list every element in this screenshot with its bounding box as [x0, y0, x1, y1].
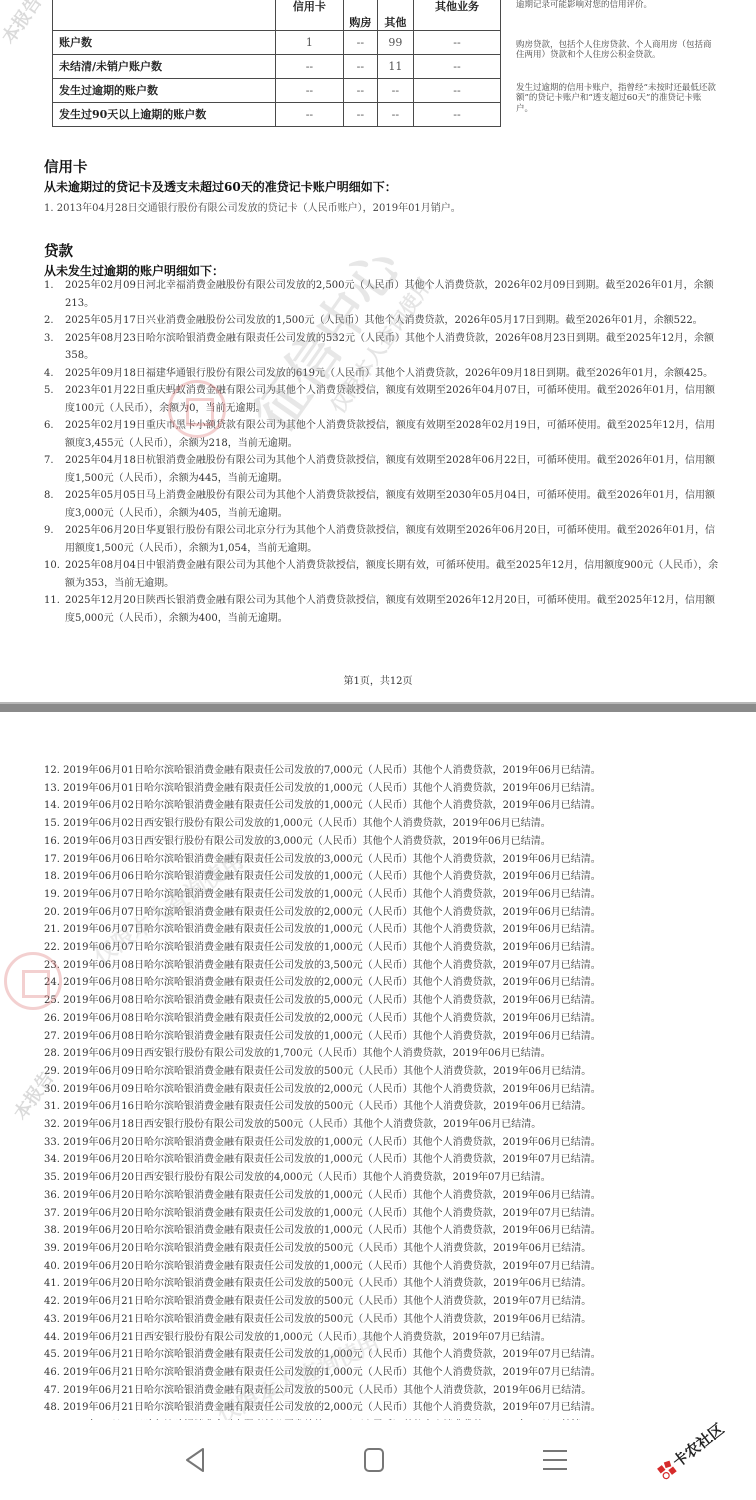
page-divider [0, 702, 756, 712]
item-number: 8. [44, 487, 65, 522]
closed-loan-list: 12. 2019年06月01日哈尔滨哈银消费金融有限责任公司发放的7,000元（… [44, 762, 724, 1420]
col-house: 购房 [343, 0, 377, 30]
item-number: 4. [44, 365, 65, 383]
list-item: 25. 2019年06月08日哈尔滨哈银消费金融有限责任公司发放的5,000元（… [44, 992, 724, 1010]
item-number: 10. [44, 557, 65, 592]
cell: -- [413, 102, 500, 126]
list-item: 10.2025年08月04日中银消费金融有限公司为其他个人消费贷款授信，额度长期… [44, 557, 724, 592]
item-text: 2025年05月17日兴业消费金融股份公司发放的1,500元（人民币）其他个人消… [65, 312, 724, 330]
list-item: 11.2025年12月20日陕西长银消费金融有限公司为其他个人消费贷款授信，额度… [44, 592, 724, 627]
list-item: 30. 2019年06月09日哈尔滨哈银消费金融有限责任公司发放的2,000元（… [44, 1081, 724, 1099]
item-number: 11. [44, 592, 65, 627]
loan-section-title: 贷款 [44, 240, 73, 261]
list-item: 4.2025年09月18日福建华通银行股份有限公司发放的619元（人民币）其他个… [44, 365, 724, 383]
item-number: 7. [44, 452, 65, 487]
row-label: 发生过逾期的账户数 [53, 78, 276, 102]
credit-card-section-subtitle: 从未逾期过的贷记卡及透支未超过60天的准贷记卡账户明细如下： [44, 178, 397, 195]
item-text: 2025年04月18日杭银消费金融股份有限公司为其他个人消费贷款授信，额度有效期… [65, 452, 724, 487]
item-text: 2025年06月20日华夏银行股份有限公司北京分行为其他个人消费贷款授信，额度有… [65, 522, 724, 557]
list-item: 27. 2019年06月08日哈尔滨哈银消费金融有限责任公司发放的1,000元（… [44, 1028, 724, 1046]
loan-list: 1.2025年02月09日河北幸福消费金融股份有限公司发放的2,500元（人民币… [44, 277, 724, 627]
home-icon [363, 1447, 385, 1473]
list-item: 28. 2019年06月09日西安银行股份有限公司发放的1,700元（人民币）其… [44, 1045, 724, 1063]
cell: -- [275, 54, 343, 78]
list-item: 42. 2019年06月21日哈尔滨哈银消费金融有限责任公司发放的500元（人民… [44, 1293, 724, 1311]
list-item: 20. 2019年06月07日哈尔滨哈银消费金融有限责任公司发放的2,000元（… [44, 904, 724, 922]
back-button[interactable] [175, 1440, 215, 1480]
list-item: 44. 2019年06月21日西安银行股份有限公司发放的1,000元（人民币）其… [44, 1329, 724, 1347]
cell: -- [275, 78, 343, 102]
row-label: 未结清/未销户账户数 [53, 54, 276, 78]
home-button[interactable] [354, 1440, 394, 1480]
list-item: 15. 2019年06月02日西安银行股份有限公司发放的1,000元（人民币）其… [44, 815, 724, 833]
item-text: 2025年08月23日哈尔滨哈银消费金融有限责任公司发放的532元（人民币）其他… [65, 330, 724, 365]
note-house-loan: 购房贷款，包括个人住房贷款、个人商用房（包括商住两用）贷款和个人住房公积金贷款。 [516, 40, 716, 61]
list-item: 29. 2019年06月09日哈尔滨哈银消费金融有限责任公司发放的500元（人民… [44, 1063, 724, 1081]
cell: -- [343, 78, 377, 102]
item-number: 9. [44, 522, 65, 557]
list-item: 32. 2019年06月18日西安银行股份有限公司发放的500元（人民币）其他个… [44, 1116, 724, 1134]
list-item: 24. 2019年06月08日哈尔滨哈银消费金融有限责任公司发放的2,000元（… [44, 974, 724, 992]
list-item: 7.2025年04月18日杭银消费金融股份有限公司为其他个人消费贷款授信，额度有… [44, 452, 724, 487]
back-icon [184, 1447, 206, 1473]
list-item: 47. 2019年06月21日哈尔滨哈银消费金融有限责任公司发放的500元（人民… [44, 1382, 724, 1400]
cell: -- [413, 30, 500, 54]
cell: -- [377, 102, 413, 126]
menu-button[interactable] [535, 1440, 575, 1480]
list-item: 12. 2019年06月01日哈尔滨哈银消费金融有限责任公司发放的7,000元（… [44, 762, 724, 780]
table-row: 发生过90天以上逾期的账户数 -- -- -- -- [53, 102, 501, 126]
cell: 99 [377, 30, 413, 54]
item-number: 2. [44, 312, 65, 330]
list-item: 2.2025年05月17日兴业消费金融股份公司发放的1,500元（人民币）其他个… [44, 312, 724, 330]
row-label: 账户数 [53, 30, 276, 54]
cell: -- [377, 78, 413, 102]
item-text: 2025年02月09日河北幸福消费金融股份有限公司发放的2,500元（人民币）其… [65, 277, 724, 312]
list-item: 23. 2019年06月08日哈尔滨哈银消费金融有限责任公司发放的3,500元（… [44, 957, 724, 975]
list-item: 16. 2019年06月03日西安银行股份有限公司发放的3,000元（人民币）其… [44, 833, 724, 851]
list-item: 5.2023年01月22日重庆蚂蚁消费金融有限公司为其他个人消费贷款授信，额度有… [44, 382, 724, 417]
list-item: 39. 2019年06月20日哈尔滨哈银消费金融有限责任公司发放的500元（人民… [44, 1240, 724, 1258]
list-item: 6.2025年02月19日重庆市黑卡小额贷款有限公司为其他个人消费贷款授信，额度… [44, 417, 724, 452]
list-item: 26. 2019年06月08日哈尔滨哈银消费金融有限责任公司发放的2,000元（… [44, 1010, 724, 1028]
report-page-1: 信用卡 购房 其他 其他业务 账户数 1 -- 99 -- 未结清/未销户账户数… [0, 0, 756, 702]
item-number: 5. [44, 382, 65, 417]
item-text: 2025年02月19日重庆市黑卡小额贷款有限公司为其他个人消费贷款授信，额度有效… [65, 417, 724, 452]
list-item: 35. 2019年06月20日西安银行股份有限公司发放的4,000元（人民币）其… [44, 1169, 724, 1187]
item-number: 6. [44, 417, 65, 452]
list-item: 17. 2019年06月06日哈尔滨哈银消费金融有限责任公司发放的3,000元（… [44, 851, 724, 869]
list-item: 37. 2019年06月20日哈尔滨哈银消费金融有限责任公司发放的1,000元（… [44, 1205, 724, 1223]
system-navigation-bar [0, 1420, 756, 1500]
cell: -- [413, 78, 500, 102]
side-watermark: 本报告 [0, 0, 47, 49]
list-item: 45. 2019年06月21日哈尔滨哈银消费金融有限责任公司发放的1,000元（… [44, 1346, 724, 1364]
account-summary-table: 信用卡 购房 其他 其他业务 账户数 1 -- 99 -- 未结清/未销户账户数… [52, 0, 501, 127]
list-item: 34. 2019年06月20日哈尔滨哈银消费金融有限责任公司发放的1,000元（… [44, 1151, 724, 1169]
item-text: 2025年12月20日陕西长银消费金融有限公司为其他个人消费贷款授信，额度有效期… [65, 592, 724, 627]
cell: -- [343, 54, 377, 78]
note-overdue-card: 发生过逾期的信用卡账户，指曾经“未按时还最低还款额”的贷记卡账户和“透支超过60… [516, 83, 716, 115]
list-item: 43. 2019年06月21日哈尔滨哈银消费金融有限责任公司发放的500元（人民… [44, 1311, 724, 1329]
side-notes: 逾期记录可能影响对您的信用评价。 购房贷款，包括个人住房贷款、个人商用房（包括商… [516, 0, 716, 136]
item-text: 2025年05月05日马上消费金融股份有限公司为其他个人消费贷款授信，额度有效期… [65, 487, 724, 522]
cell: -- [343, 102, 377, 126]
note-overdue: 逾期记录可能影响对您的信用评价。 [516, 0, 716, 11]
col-credit-card: 信用卡 [275, 0, 343, 30]
item-number: 3. [44, 330, 65, 365]
cell: -- [275, 102, 343, 126]
list-item: 41. 2019年06月20日哈尔滨哈银消费金融有限责任公司发放的500元（人民… [44, 1275, 724, 1293]
list-item: 31. 2019年06月16日哈尔滨哈银消费金融有限责任公司发放的500元（人民… [44, 1098, 724, 1116]
row-label: 发生过90天以上逾期的账户数 [53, 102, 276, 126]
item-text: 2025年09月18日福建华通银行股份有限公司发放的619元（人民币）其他个人消… [65, 365, 724, 383]
table-row: 账户数 1 -- 99 -- [53, 30, 501, 54]
col-other: 其他 [377, 0, 413, 30]
item-text: 2023年01月22日重庆蚂蚁消费金融有限公司为其他个人消费贷款授信，额度有效期… [65, 382, 724, 417]
list-item: 48. 2019年06月21日哈尔滨哈银消费金融有限责任公司发放的2,000元（… [44, 1399, 724, 1417]
credit-card-item: 1. 2013年04月28日交通银行股份有限公司发放的贷记卡（人民币账户），20… [44, 199, 461, 214]
list-item: 1.2025年02月09日河北幸福消费金融股份有限公司发放的2,500元（人民币… [44, 277, 724, 312]
list-item: 38. 2019年06月20日哈尔滨哈银消费金融有限责任公司发放的1,000元（… [44, 1222, 724, 1240]
list-item: 3.2025年08月23日哈尔滨哈银消费金融有限责任公司发放的532元（人民币）… [44, 330, 724, 365]
item-text: 2025年08月04日中银消费金融有限公司为其他个人消费贷款授信，额度长期有效，… [65, 557, 724, 592]
credit-card-section-title: 信用卡 [44, 156, 88, 177]
list-item: 46. 2019年06月21日哈尔滨哈银消费金融有限责任公司发放的1,000元（… [44, 1364, 724, 1382]
page-number: 第1页，共12页 [0, 672, 756, 687]
cell: 11 [377, 54, 413, 78]
menu-icon [542, 1447, 568, 1473]
list-item: 18. 2019年06月06日哈尔滨哈银消费金融有限责任公司发放的1,000元（… [44, 868, 724, 886]
list-item: 40. 2019年06月20日哈尔滨哈银消费金融有限责任公司发放的1,000元（… [44, 1258, 724, 1276]
cell: -- [413, 54, 500, 78]
item-number: 1. [44, 277, 65, 312]
cell: -- [343, 30, 377, 54]
report-page-2: 12. 2019年06月01日哈尔滨哈银消费金融有限责任公司发放的7,000元（… [0, 712, 756, 1420]
list-item: 33. 2019年06月20日哈尔滨哈银消费金融有限责任公司发放的1,000元（… [44, 1134, 724, 1152]
table-row: 发生过逾期的账户数 -- -- -- -- [53, 78, 501, 102]
col-other-business: 其他业务 [413, 0, 500, 30]
list-item: 22. 2019年06月07日哈尔滨哈银消费金融有限责任公司发放的1,000元（… [44, 939, 724, 957]
list-item: 9.2025年06月20日华夏银行股份有限公司北京分行为其他个人消费贷款授信，额… [44, 522, 724, 557]
list-item: 8.2025年05月05日马上消费金融股份有限公司为其他个人消费贷款授信，额度有… [44, 487, 724, 522]
list-item: 13. 2019年06月01日哈尔滨哈银消费金融有限责任公司发放的1,000元（… [44, 780, 724, 798]
list-item: 36. 2019年06月20日哈尔滨哈银消费金融有限责任公司发放的1,000元（… [44, 1187, 724, 1205]
list-item: 14. 2019年06月02日哈尔滨哈银消费金融有限责任公司发放的1,000元（… [44, 797, 724, 815]
list-item: 21. 2019年06月07日哈尔滨哈银消费金融有限责任公司发放的1,000元（… [44, 921, 724, 939]
list-item: 19. 2019年06月07日哈尔滨哈银消费金融有限责任公司发放的1,000元（… [44, 886, 724, 904]
cell: 1 [275, 30, 343, 54]
table-row: 未结清/未销户账户数 -- -- 11 -- [53, 54, 501, 78]
